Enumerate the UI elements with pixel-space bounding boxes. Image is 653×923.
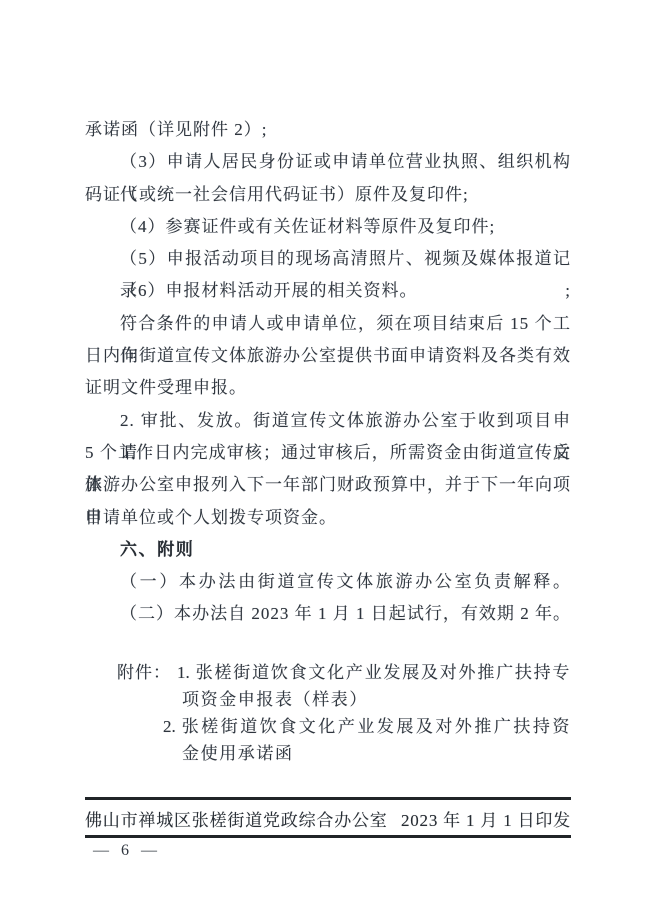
- footer-imprint-row: 佛山市禅城区张槎街道党政综合办公室 2023 年 1 月 1 日印发: [85, 800, 571, 835]
- footer-issuer: 佛山市禅城区张槎街道党政综合办公室: [85, 806, 388, 831]
- body-line: 5 个工作日内完成审核；通过审核后，所需资金由街道宣传文体: [85, 437, 571, 469]
- page-number: — 6 —: [93, 842, 571, 860]
- body-line: （一）本办法由街道宣传文体旅游办公室负责解释。: [85, 566, 571, 598]
- body-line: 证明文件受理申报。: [85, 372, 571, 404]
- attachment-item: 附件： 1. 张槎街道饮食文化产业发展及对外推广扶持专: [85, 659, 571, 686]
- attachment-item: 2. 张槎街道饮食文化产业发展及对外推广扶持资: [85, 713, 571, 740]
- body-line: （3）申请人居民身份证或申请单位营业执照、组织机构代: [85, 146, 571, 178]
- attachment-number: 2.: [163, 713, 176, 740]
- body-line: 旅游办公室申报列入下一年部门财政预算中，并于下一年向项目: [85, 469, 571, 501]
- footer-print-date: 2023 年 1 月 1 日印发: [401, 806, 571, 831]
- page-number-dash: —: [141, 842, 157, 860]
- attachment-title-line: 张槎街道饮食文化产业发展及对外推广扶持资: [182, 713, 571, 740]
- attachments-label: 附件：: [117, 659, 171, 686]
- attachment-title-line: 张槎街道饮食文化产业发展及对外推广扶持专: [196, 659, 571, 686]
- body-line: （二）本办法自 2023 年 1 月 1 日起试行，有效期 2 年。: [85, 598, 571, 630]
- attachment-item-continuation: 项资金申报表（样表）: [85, 686, 571, 713]
- body-line: 码证（或统一社会信用代码证书）原件及复印件;: [85, 179, 571, 211]
- page-number-value: 6: [121, 842, 129, 860]
- body-line: （5）申报活动项目的现场高清照片、视频及媒体报道记录;: [85, 243, 571, 275]
- document-body: 承诺函（详见附件 2）; （3）申请人居民身份证或申请单位营业执照、组织机构代 …: [85, 114, 571, 631]
- body-line: 2. 审批、发放。街道宣传文体旅游办公室于收到项目申请后: [85, 405, 571, 437]
- attachment-title-line: 金使用承诺函: [182, 740, 294, 767]
- body-line: 申请单位或个人划拨专项资金。: [85, 502, 571, 534]
- document-page: 承诺函（详见附件 2）; （3）申请人居民身份证或申请单位营业执照、组织机构代 …: [0, 0, 653, 923]
- attachments-block: 附件： 1. 张槎街道饮食文化产业发展及对外推广扶持专 项资金申报表（样表） 2…: [85, 659, 571, 767]
- body-line: 符合条件的申请人或申请单位，须在项目结束后 15 个工作: [85, 308, 571, 340]
- attachment-number: 1.: [177, 659, 190, 686]
- section-heading: 六、附则: [85, 534, 571, 566]
- document-footer: 佛山市禅城区张槎街道党政综合办公室 2023 年 1 月 1 日印发 — 6 —: [85, 797, 571, 860]
- body-line: 日内向街道宣传文体旅游办公室提供书面申请资料及各类有效: [85, 340, 571, 372]
- attachment-title-line: 项资金申报表（样表）: [182, 686, 368, 713]
- page-number-dash: —: [93, 842, 109, 860]
- body-line: （4）参赛证件或有关佐证材料等原件及复印件;: [85, 211, 571, 243]
- attachment-item-continuation: 金使用承诺函: [85, 740, 571, 767]
- body-line: 承诺函（详见附件 2）;: [85, 114, 571, 146]
- footer-rule-bottom: [85, 835, 571, 838]
